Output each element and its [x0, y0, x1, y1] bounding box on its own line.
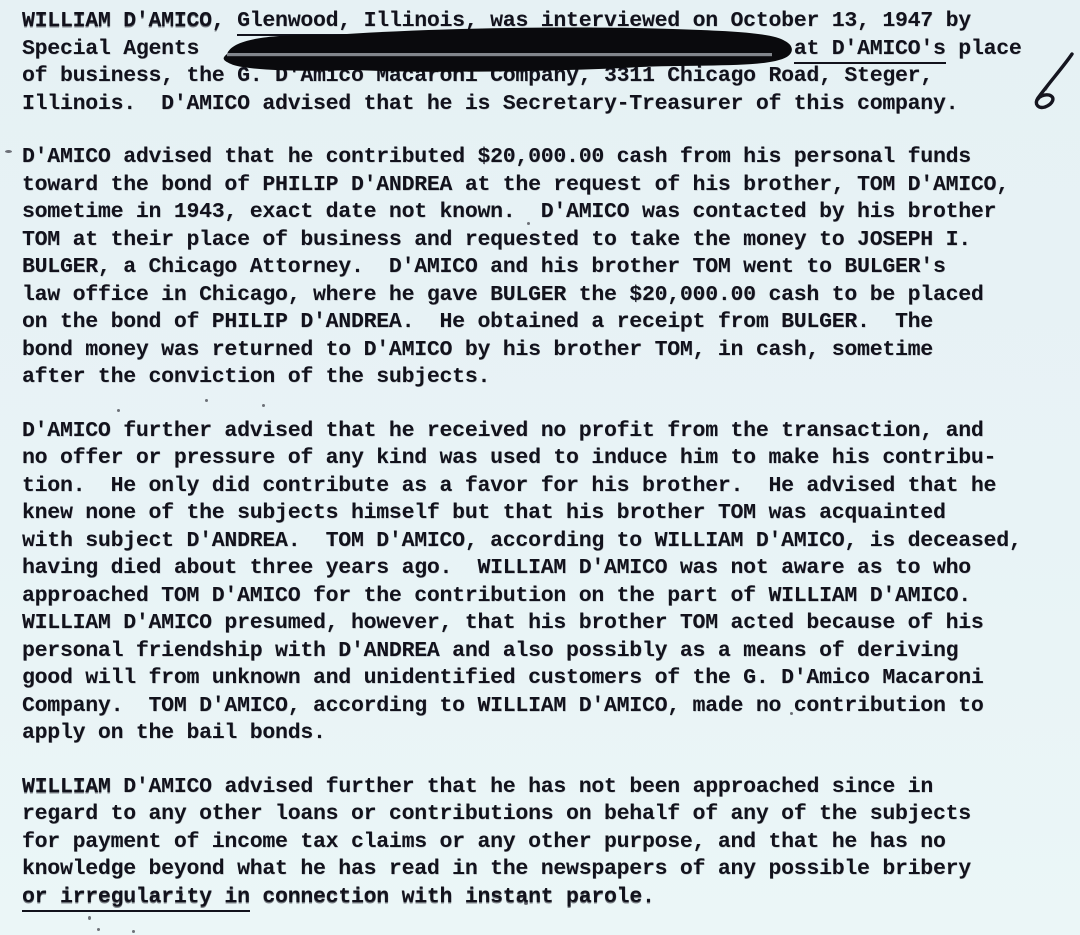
- text-segment: on the bond of PHILIP D'ANDREA. He obtai…: [22, 310, 933, 334]
- document-text: WILLIAM D'AMICO, Glenwood, Illinois, was…: [22, 8, 1022, 935]
- text-line: no offer or pressure of any kind was use…: [22, 445, 1022, 473]
- text-segment: after the conviction of the subjects.: [22, 365, 490, 389]
- text-segment: WILLIAM: [22, 775, 111, 799]
- text-segment: for payment of income tax claims or any …: [22, 830, 946, 854]
- text-segment: D'AMICO advised that he contributed $20,…: [22, 145, 971, 169]
- text-line: knew none of the subjects himself but th…: [22, 500, 1022, 528]
- scan-speckle: [524, 902, 528, 905]
- text-line: after the conviction of the subjects.: [22, 364, 1022, 392]
- text-segment: BULGER, a Chicago Attorney. D'AMICO and …: [22, 255, 946, 279]
- text-segment: place: [946, 37, 1022, 61]
- text-segment: knew none of the subjects himself but th…: [22, 501, 946, 525]
- text-segment: TOM at their place of business and reque…: [22, 228, 971, 252]
- scan-speckle: [88, 916, 91, 920]
- text-segment: apply on the bail bonds.: [22, 721, 326, 745]
- text-line: D'AMICO advised that he contributed $20,…: [22, 144, 1022, 172]
- text-line: apply on the bail bonds.: [22, 720, 1022, 748]
- text-line: sometime in 1943, exact date not known. …: [22, 199, 1022, 227]
- scanned-document-page: WILLIAM D'AMICO, Glenwood, Illinois, was…: [0, 0, 1080, 935]
- text-line: knowledge beyond what he has read in the…: [22, 856, 1022, 884]
- scan-speckle: [527, 222, 530, 225]
- text-segment: good will from unknown and unidentified …: [22, 666, 984, 690]
- text-segment: Special Agents: [22, 37, 199, 61]
- text-segment: D'AMICO further advised that he received…: [22, 419, 984, 443]
- text-segment: bond money was returned to D'AMICO by hi…: [22, 338, 933, 362]
- scan-speckle: [117, 409, 120, 412]
- text-segment: toward the bond of PHILIP D'ANDREA at th…: [22, 173, 1009, 197]
- paragraph: WILLIAM D'AMICO advised further that he …: [22, 774, 1022, 912]
- scan-speckle: [790, 712, 793, 715]
- text-line: WILLIAM D'AMICO advised further that he …: [22, 774, 1022, 802]
- text-line: bond money was returned to D'AMICO by hi…: [22, 337, 1022, 365]
- text-segment: Illinois. D'AMICO advised that he is Sec…: [22, 92, 958, 116]
- scan-speckle: [262, 404, 265, 407]
- text-line: for payment of income tax claims or any …: [22, 829, 1022, 857]
- text-segment: personal friendship with D'ANDREA and al…: [22, 639, 958, 663]
- paragraph: D'AMICO further advised that he received…: [22, 418, 1022, 748]
- text-line: toward the bond of PHILIP D'ANDREA at th…: [22, 172, 1022, 200]
- underlined-text-segment: at D'AMICO's: [794, 37, 946, 64]
- paragraph: D'AMICO advised that he contributed $20,…: [22, 144, 1022, 392]
- text-line: approached TOM D'AMICO for the contribut…: [22, 583, 1022, 611]
- handwritten-mark-icon: [1022, 50, 1080, 112]
- text-line: or irregularity in connection with insta…: [22, 884, 1022, 912]
- text-line: Company. TOM D'AMICO, according to WILLI…: [22, 693, 1022, 721]
- text-segment: no offer or pressure of any kind was use…: [22, 446, 996, 470]
- text-segment: approached TOM D'AMICO for the contribut…: [22, 584, 971, 608]
- text-line: with subject D'ANDREA. TOM D'AMICO, acco…: [22, 528, 1022, 556]
- text-segment: tion. He only did contribute as a favor …: [22, 474, 996, 498]
- scan-speckle: [5, 150, 12, 153]
- text-segment: regard to any other loans or contributio…: [22, 802, 971, 826]
- text-segment: WILLIAM D'AMICO presumed, however, that …: [22, 611, 984, 635]
- text-line: TOM at their place of business and reque…: [22, 227, 1022, 255]
- text-segment: law office in Chicago, where he gave BUL…: [22, 283, 984, 307]
- text-segment: D'AMICO advised further that he has not …: [111, 775, 933, 799]
- text-line: WILLIAM D'AMICO presumed, however, that …: [22, 610, 1022, 638]
- text-segment: knowledge beyond what he has read in the…: [22, 857, 971, 881]
- text-segment: with subject D'ANDREA. TOM D'AMICO, acco…: [22, 529, 1022, 553]
- text-line: regard to any other loans or contributio…: [22, 801, 1022, 829]
- scan-speckle: [132, 930, 135, 933]
- text-line: on the bond of PHILIP D'ANDREA. He obtai…: [22, 309, 1022, 337]
- text-line: personal friendship with D'ANDREA and al…: [22, 638, 1022, 666]
- redaction-bar: [213, 26, 803, 74]
- text-line: D'AMICO further advised that he received…: [22, 418, 1022, 446]
- text-segment: having died about three years ago. WILLI…: [22, 556, 971, 580]
- text-line: having died about three years ago. WILLI…: [22, 555, 1022, 583]
- text-segment: sometime in 1943, exact date not known. …: [22, 200, 996, 224]
- text-line: good will from unknown and unidentified …: [22, 665, 1022, 693]
- text-line: Illinois. D'AMICO advised that he is Sec…: [22, 91, 1022, 119]
- text-line: tion. He only did contribute as a favor …: [22, 473, 1022, 501]
- scan-speckle: [845, 622, 848, 625]
- underlined-text-segment: or irregularity in: [22, 885, 250, 912]
- text-line: BULGER, a Chicago Attorney. D'AMICO and …: [22, 254, 1022, 282]
- text-segment: WILLIAM D'AMICO,: [22, 9, 237, 33]
- text-line: law office in Chicago, where he gave BUL…: [22, 282, 1022, 310]
- text-segment: Company. TOM D'AMICO, according to WILLI…: [22, 694, 984, 718]
- scan-speckle: [205, 399, 208, 402]
- scan-speckle: [97, 928, 100, 931]
- text-segment: connection with instant parole.: [250, 885, 655, 909]
- scan-speckle: [180, 893, 183, 896]
